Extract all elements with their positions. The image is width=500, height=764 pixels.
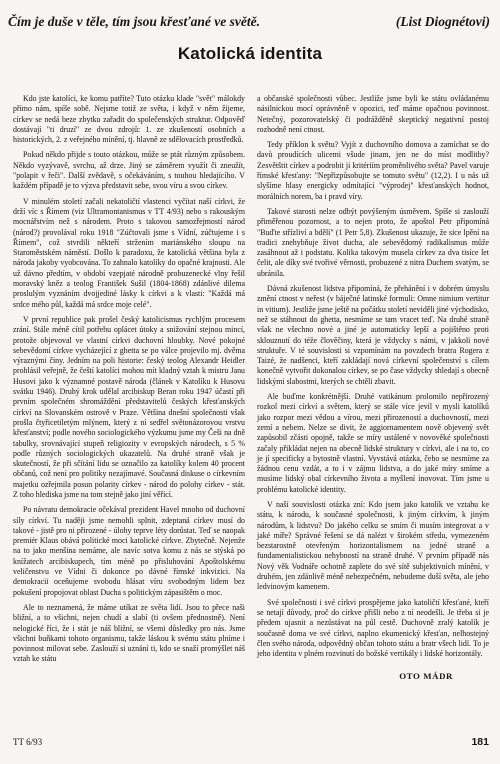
paragraph: Kdo jste katolíci, ke komu patříte? Tuto…: [13, 94, 245, 145]
paragraph: V naší souvislosti otázka zní: Kdo jsem …: [257, 500, 489, 593]
paragraph: Ale to neznamená, že máme utíkat ze svět…: [13, 603, 245, 665]
right-column: a občanské společnosti vůbec. Jestliže j…: [257, 94, 489, 687]
article-body: Kdo jste katolíci, ke komu patříte? Tuto…: [0, 94, 500, 687]
left-column: Kdo jste katolíci, ke komu patříte? Tuto…: [13, 94, 245, 687]
header-quote: Čím je duše v těle, tím jsou křesťané ve…: [8, 13, 260, 30]
header-quote-source: (List Diognétovi): [396, 13, 490, 30]
paragraph: Tedy příklon k světu? Vyjít z duchovního…: [257, 140, 489, 202]
journal-page: Čím je duše v těle, tím jsou křesťané ve…: [0, 0, 500, 764]
paragraph: Ale buďme konkrétnější. Druhé vatikánum …: [257, 392, 489, 495]
paragraph: Takové starosti nelze odbýt povýšeným ús…: [257, 207, 489, 279]
page-footer: TT 6/93 181: [13, 736, 489, 748]
paragraph: Po návratu demokracie očekával prezident…: [13, 505, 245, 598]
page-header: Čím je duše v těle, tím jsou křesťané ve…: [0, 0, 500, 30]
paragraph: V minulém století začali nekatoličtí vla…: [13, 197, 245, 310]
paragraph: Dávná zkušenost lidstva připomíná, že př…: [257, 284, 489, 387]
paragraph: Pokud někdo přijde s touto otázkou, může…: [13, 150, 245, 191]
paragraph: V první republice pak prošel český katol…: [13, 315, 245, 500]
paragraph: a občanské společnosti vůbec. Jestliže j…: [257, 94, 489, 135]
article-title: Katolická identita: [0, 44, 500, 64]
page-number: 181: [471, 736, 489, 748]
author-name: OTO MÁDR: [257, 671, 489, 681]
paragraph: Své společnosti i své církvi prospějeme …: [257, 598, 489, 660]
issue-label: TT 6/93: [13, 737, 42, 747]
